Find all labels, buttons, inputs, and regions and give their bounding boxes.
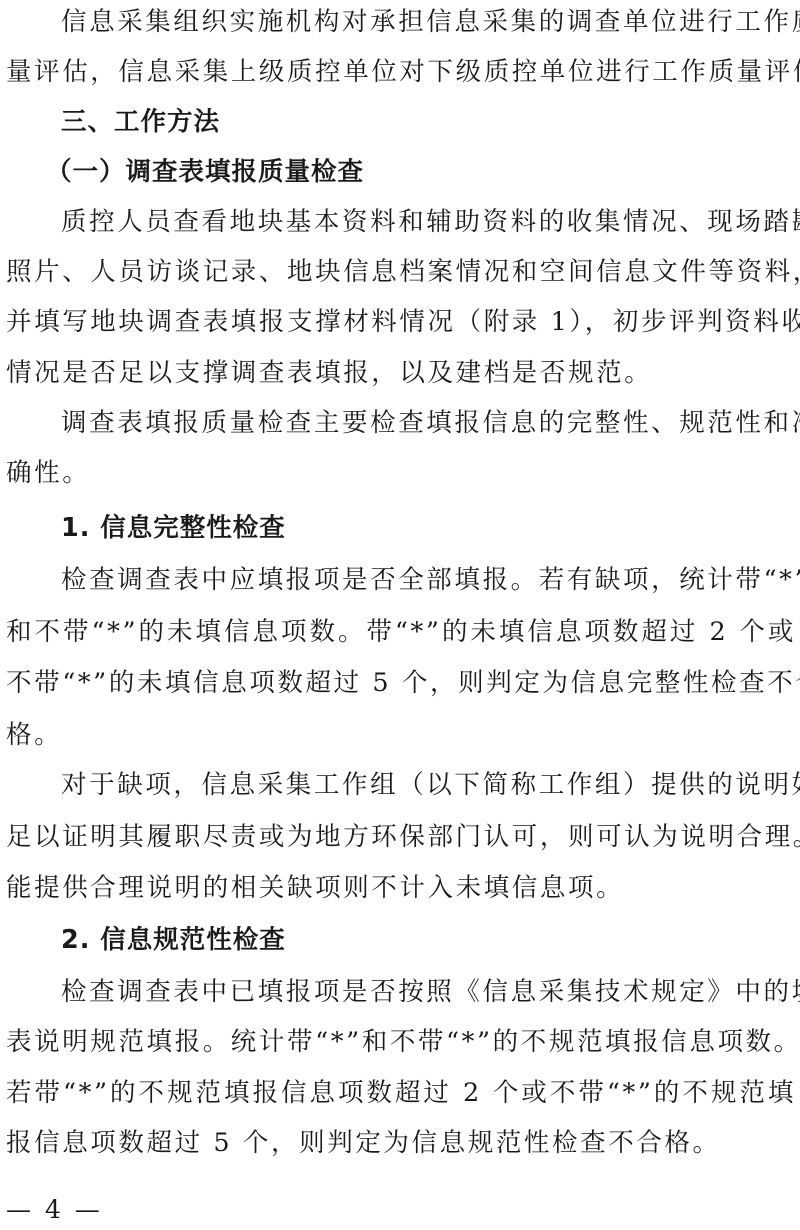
subsection-1-heading: （一）调查表填报质量检查: [46, 152, 364, 192]
paragraph-scope-line-1: 调查表填报质量检查主要检查填报信息的完整性、规范性和准: [61, 403, 796, 443]
page-number: — 4 —: [6, 1192, 103, 1228]
item-2-heading: 2. 信息规范性检查: [61, 920, 286, 960]
paragraph-standard-line-1: 检查调查表中已填报项是否按照《信息采集技术规定》中的填: [61, 972, 796, 1012]
paragraph-completeness-line-3: 不带“*”的未填信息项数超过 5 个，则判定为信息完整性检查不合: [6, 663, 796, 703]
paragraph-completeness-line-2: 和不带“*”的未填信息项数。带“*”的未填信息项数超过 2 个或: [6, 612, 796, 652]
paragraph-missing-line-3: 能提供合理说明的相关缺项则不计入未填信息项。: [6, 868, 796, 908]
paragraph-standard-line-2: 表说明规范填报。统计带“*”和不带“*”的不规范填报信息项数。: [6, 1022, 796, 1062]
item-1-heading: 1. 信息完整性检查: [61, 508, 286, 548]
paragraph-intro-line-2: 量评估，信息采集上级质控单位对下级质控单位进行工作质量评估。: [6, 52, 796, 92]
paragraph-completeness-line-4: 格。: [6, 715, 796, 755]
paragraph-intro-line-1: 信息采集组织实施机构对承担信息采集的调查单位进行工作质: [61, 2, 796, 42]
paragraph-qc-line-1: 质控人员查看地块基本资料和辅助资料的收集情况、现场踏勘: [61, 202, 796, 242]
section-3-heading: 三、工作方法: [61, 102, 220, 142]
paragraph-scope-line-2: 确性。: [6, 453, 796, 493]
paragraph-standard-line-4: 报信息项数超过 5 个，则判定为信息规范性检查不合格。: [6, 1123, 796, 1163]
paragraph-standard-line-3: 若带“*”的不规范填报信息项数超过 2 个或不带“*”的不规范填: [6, 1073, 796, 1113]
paragraph-qc-line-2: 照片、人员访谈记录、地块信息档案情况和空间信息文件等资料，: [6, 252, 796, 292]
paragraph-qc-line-4: 情况是否足以支撑调查表填报，以及建档是否规范。: [6, 353, 796, 393]
paragraph-missing-line-2: 足以证明其履职尽责或为地方环保部门认可，则可认为说明合理。: [6, 817, 796, 857]
paragraph-qc-line-3: 并填写地块调查表填报支撑材料情况（附录 1），初步评判资料收集: [6, 302, 796, 342]
paragraph-missing-line-1: 对于缺项，信息采集工作组（以下简称工作组）提供的说明如: [61, 765, 796, 805]
paragraph-completeness-line-1: 检查调查表中应填报项是否全部填报。若有缺项，统计带“*”: [61, 560, 796, 600]
